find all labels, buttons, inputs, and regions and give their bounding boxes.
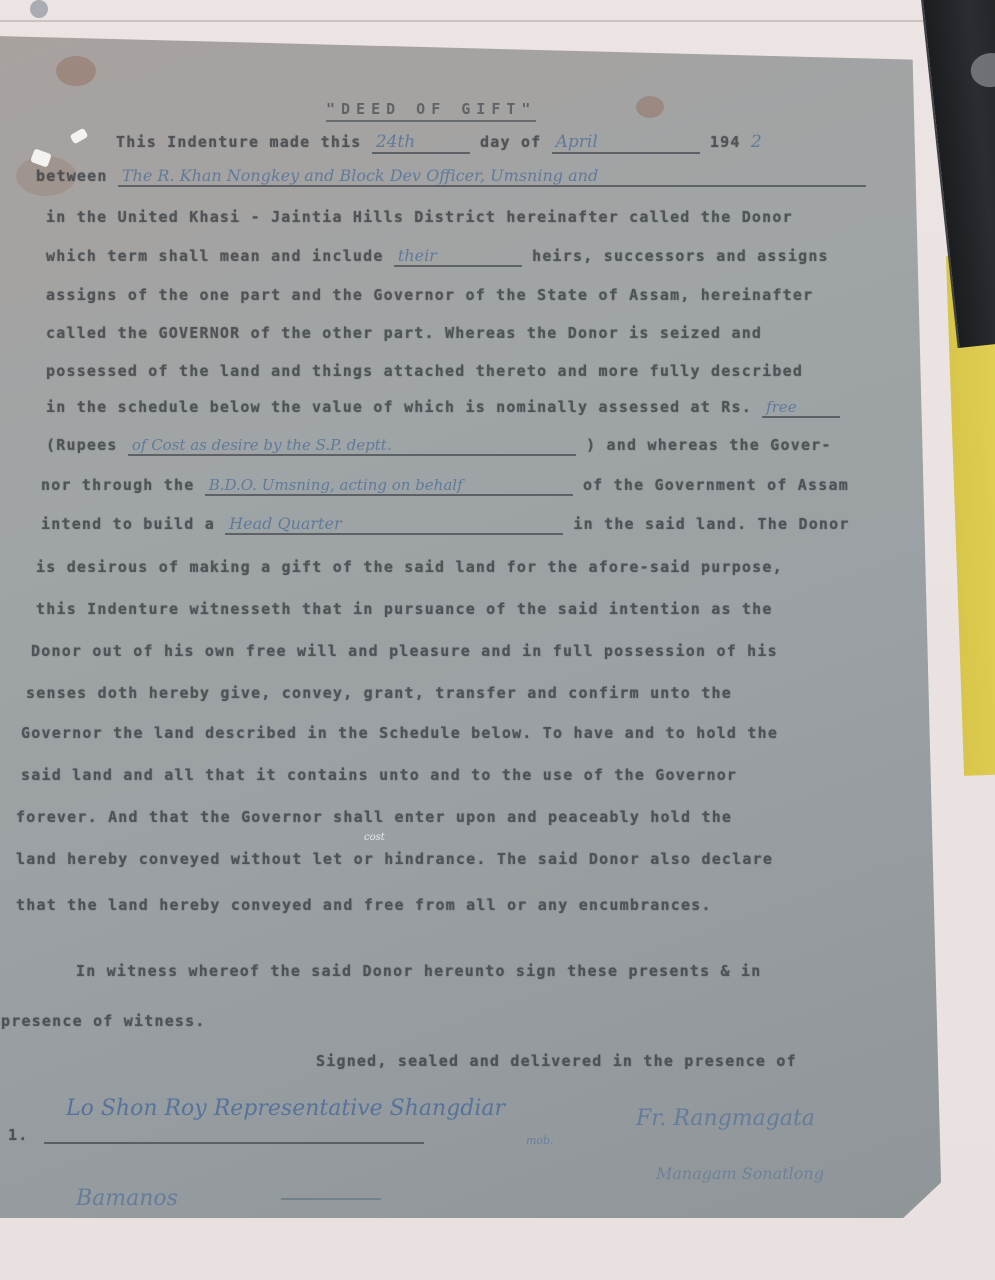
line-text: between [36, 167, 118, 185]
purpose-field: Head Quarter [225, 514, 563, 535]
photo-scene: 112 "DEED OF GIFT" This Indenture made t… [0, 0, 995, 1280]
deed-line-15: senses doth hereby give, convey, grant, … [26, 684, 732, 702]
deed-line-7: possessed of the land and things attache… [46, 362, 803, 380]
deed-line-19: land hereby conveyed without let or hind… [16, 850, 773, 868]
device-label: 112 [975, 0, 993, 2]
deed-line-17: said land and all that it contains unto … [21, 766, 737, 784]
stain [636, 96, 664, 118]
deed-line-11: intend to build a Head Quarter in the sa… [41, 514, 850, 535]
signature-stroke [281, 1198, 381, 1200]
witness-signature-2: Bamanos [76, 1186, 178, 1211]
deed-line-16: Governor the land described in the Sched… [21, 724, 778, 742]
deed-title: "DEED OF GIFT" [326, 100, 536, 122]
deed-line-13: this Indenture witnesseth that in pursua… [36, 600, 773, 618]
deed-line-6: called the GOVERNOR of the other part. W… [46, 324, 762, 342]
line-text: intend to build a [41, 515, 225, 533]
line-text: (Rupees [46, 436, 128, 454]
through-field: B.D.O. Umsning, acting on behalf [205, 476, 573, 496]
interlinear-note: cost [364, 832, 385, 843]
value-field: free [762, 398, 840, 418]
deed-line-1: This Indenture made this 24th day of Apr… [116, 132, 762, 154]
line-text: 194 [710, 133, 741, 151]
year-digit: 2 [751, 132, 762, 152]
deed-line-5: assigns of the one part and the Governor… [46, 286, 813, 304]
witness-number: 1. [8, 1126, 28, 1144]
deed-line-3: in the United Khasi - Jaintia Hills Dist… [46, 208, 793, 226]
witness-para-line-2: presence of witness. [1, 1012, 206, 1030]
top-page-edge [0, 20, 995, 22]
line-text: which term shall mean and include [46, 247, 394, 265]
deed-line-12: is desirous of making a gift of the said… [36, 558, 783, 576]
witness-signature-1: Lo Shon Roy Representative Shangdiar [66, 1096, 505, 1121]
donor-signature: Fr. Rangmagata [636, 1106, 815, 1131]
donor-title: Managam Sonatlong [656, 1164, 824, 1183]
donor-name-field: The R. Khan Nongkey and Block Dev Office… [118, 166, 866, 187]
witness-para-line-1: In witness whereof the said Donor hereun… [76, 962, 761, 980]
heirs-field: their [394, 246, 522, 267]
line-text: of the Government of Assam [583, 476, 849, 494]
day-field: 24th [372, 132, 470, 154]
deed-line-10: nor through the B.D.O. Umsning, acting o… [41, 476, 849, 496]
signed-sealed-line: Signed, sealed and delivered in the pres… [316, 1052, 797, 1070]
line-text: This Indenture made this [116, 133, 372, 151]
deed-line-8: in the schedule below the value of which… [46, 398, 840, 418]
paper-flake [70, 128, 89, 145]
deed-line-14: Donor out of his own free will and pleas… [31, 642, 778, 660]
signature-note: mob. [526, 1134, 554, 1147]
line-text: in the said land. The Donor [573, 515, 849, 533]
remote-control-device: 112 [920, 0, 995, 348]
line-text: in the schedule below the value of which… [46, 398, 752, 416]
deed-line-9: (Rupees of Cost as desire by the S.P. de… [46, 436, 832, 456]
punch-hole [30, 0, 48, 18]
deed-line-4: which term shall mean and include their … [46, 246, 829, 267]
deed-document: "DEED OF GIFT" This Indenture made this … [0, 36, 941, 1218]
line-text: nor through the [41, 476, 205, 494]
deed-line-18: forever. And that the Governor shall ent… [16, 808, 732, 826]
rupees-field: of Cost as desire by the S.P. deptt. [128, 436, 576, 456]
signature-line [44, 1142, 424, 1144]
device-button [969, 51, 995, 89]
stain [56, 56, 96, 86]
line-text: heirs, successors and assigns [532, 247, 829, 265]
line-text: ) and whereas the Gover- [586, 436, 832, 454]
deed-line-2: between The R. Khan Nongkey and Block De… [36, 166, 866, 187]
month-field: April [552, 132, 700, 154]
line-text: day of [480, 133, 552, 151]
deed-line-20: that the land hereby conveyed and free f… [16, 896, 712, 914]
